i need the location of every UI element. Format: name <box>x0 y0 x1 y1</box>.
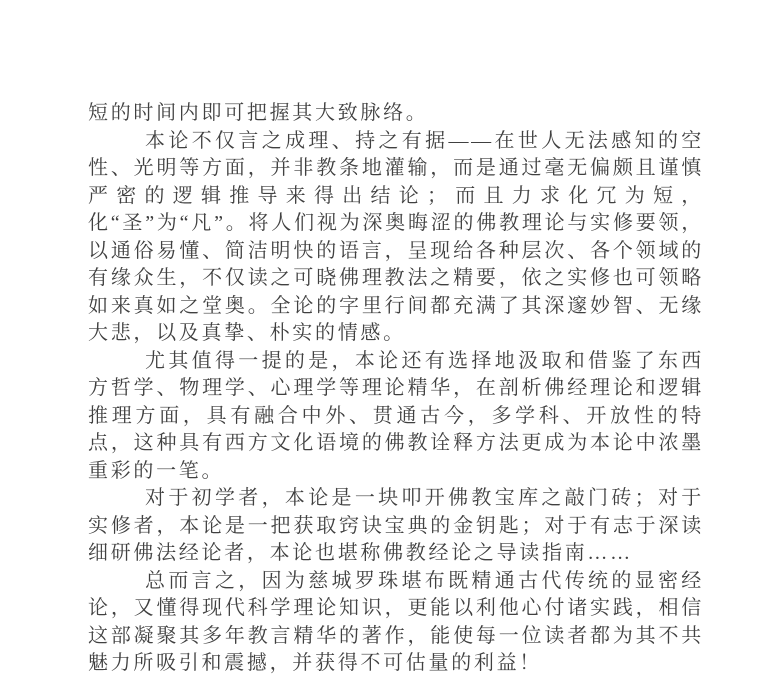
paragraph-conclusion: 总而言之，因为慈城罗珠堪布既精通古代传统的显密经论，又懂得现代科学理论知识，更能… <box>88 568 704 678</box>
paragraph-continuation: 短的时间内即可把握其大致脉络。 <box>88 100 704 128</box>
paragraph-audiences: 对于初学者，本论是一块叩开佛教宝库之敲门砖；对于实修者，本论是一把获取窍诀宝典的… <box>88 485 704 568</box>
document-page: 短的时间内即可把握其大致脉络。 本论不仅言之成理、持之有据——在世人无法感知的空… <box>88 100 704 678</box>
paragraph-cross-discipline: 尤其值得一提的是，本论还有选择地汲取和借鉴了东西方哲学、物理学、心理学等理论精华… <box>88 348 704 486</box>
paragraph-overview: 本论不仅言之成理、持之有据——在世人无法感知的空性、光明等方面，并非教条地灌输，… <box>88 128 704 348</box>
